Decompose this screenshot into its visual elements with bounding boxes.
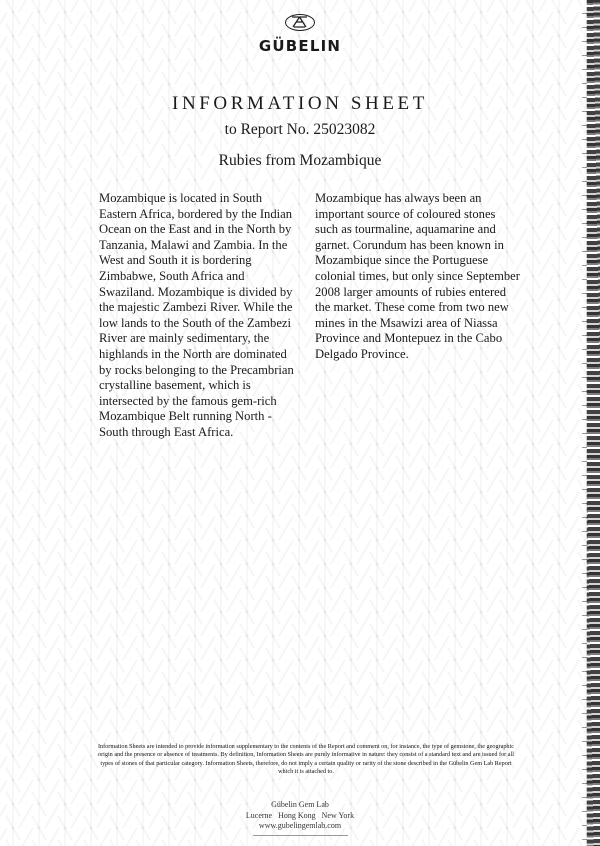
paragraph-mining-history: Mozambique has always been an important … <box>315 191 520 363</box>
gubelin-emblem-icon <box>285 14 315 31</box>
footer-divider <box>253 835 348 836</box>
brand-name: GÜBELIN <box>0 37 600 55</box>
body-column-right: Mozambique has always been an important … <box>315 191 520 363</box>
scanned-page-edge <box>586 0 600 846</box>
disclaimer-text: Information Sheets are intended to provi… <box>96 743 516 776</box>
lab-footer: Gübelin Gem Lab Lucerne Hong Kong New Yo… <box>0 800 600 836</box>
report-reference: to Report No. 25023082 <box>0 121 600 139</box>
document-title: INFORMATION SHEET <box>0 93 600 115</box>
paragraph-geography: Mozambique is located in South Eastern A… <box>99 191 299 441</box>
lab-website: www.gubelingemlab.com <box>0 821 600 832</box>
document-topic: Rubies from Mozambique <box>0 152 600 170</box>
lab-name: Gübelin Gem Lab <box>0 800 600 811</box>
body-column-left: Mozambique is located in South Eastern A… <box>99 191 299 441</box>
lab-locations: Lucerne Hong Kong New York <box>0 811 600 822</box>
brand-logo: GÜBELIN <box>0 14 600 55</box>
